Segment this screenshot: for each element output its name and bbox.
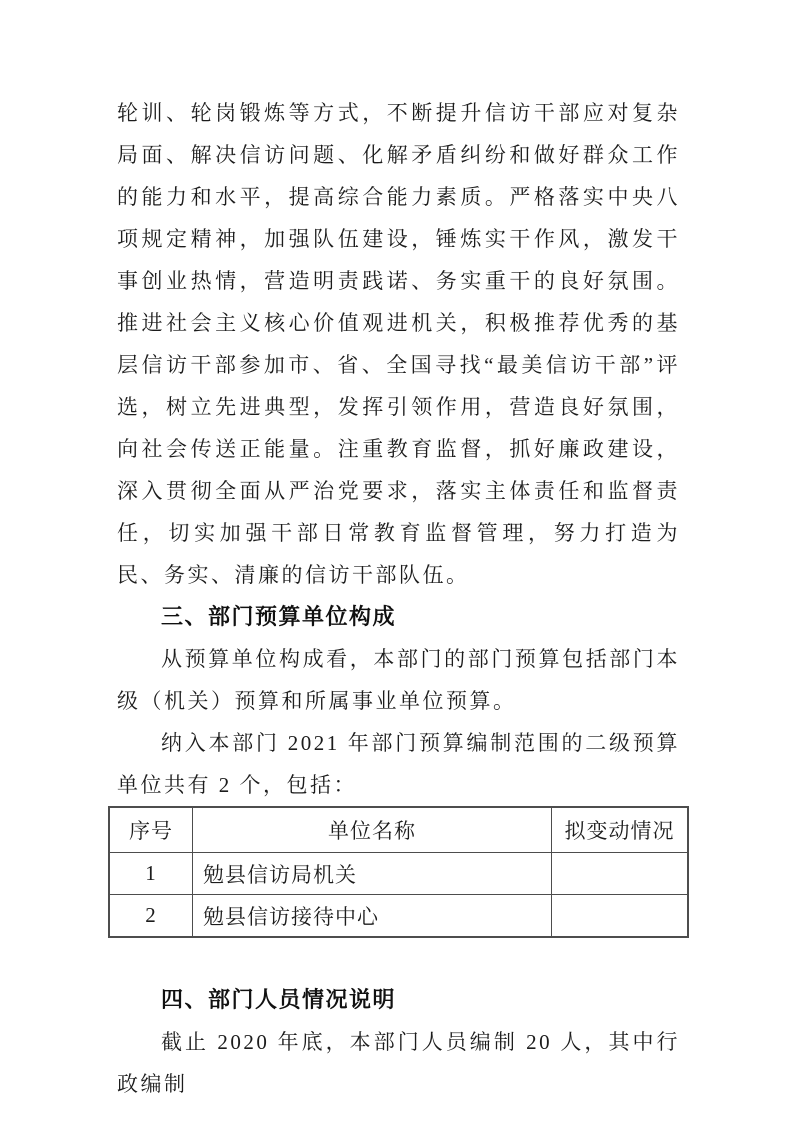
budget-units-table: 序号 单位名称 拟变动情况 1 勉县信访局机关 2 勉县信访接待中心 bbox=[108, 806, 689, 938]
header-cell-planned-change: 拟变动情况 bbox=[552, 807, 689, 853]
cell-unit-name: 勉县信访接待中心 bbox=[193, 895, 552, 938]
document-content: 轮训、轮岗锻炼等方式，不断提升信访干部应对复杂局面、解决信访问题、化解矛盾纠纷和… bbox=[117, 92, 680, 1105]
cell-planned-change bbox=[552, 853, 689, 895]
table-row: 1 勉县信访局机关 bbox=[109, 853, 688, 895]
cell-index: 1 bbox=[109, 853, 193, 895]
cell-planned-change bbox=[552, 895, 689, 938]
paragraph-continuation: 轮训、轮岗锻炼等方式，不断提升信访干部应对复杂局面、解决信访问题、化解矛盾纠纷和… bbox=[117, 92, 680, 596]
cell-index: 2 bbox=[109, 895, 193, 938]
paragraph-personnel: 截止 2020 年底，本部门人员编制 20 人，其中行政编制 bbox=[117, 1021, 680, 1105]
header-cell-unit-name: 单位名称 bbox=[193, 807, 552, 853]
document-page: 轮训、轮岗锻炼等方式，不断提升信访干部应对复杂局面、解决信访问题、化解矛盾纠纷和… bbox=[0, 0, 793, 1122]
cell-unit-name: 勉县信访局机关 bbox=[193, 853, 552, 895]
section-heading-budget-units: 三、部门预算单位构成 bbox=[117, 596, 680, 638]
paragraph-budget-composition: 从预算单位构成看，本部门的部门预算包括部门本级（机关）预算和所属事业单位预算。 bbox=[117, 638, 680, 722]
table-header-row: 序号 单位名称 拟变动情况 bbox=[109, 807, 688, 853]
paragraph-budget-scope: 纳入本部门 2021 年部门预算编制范围的二级预算单位共有 2 个，包括： bbox=[117, 722, 680, 806]
header-cell-index: 序号 bbox=[109, 807, 193, 853]
section-heading-personnel: 四、部门人员情况说明 bbox=[117, 979, 680, 1021]
table-row: 2 勉县信访接待中心 bbox=[109, 895, 688, 938]
